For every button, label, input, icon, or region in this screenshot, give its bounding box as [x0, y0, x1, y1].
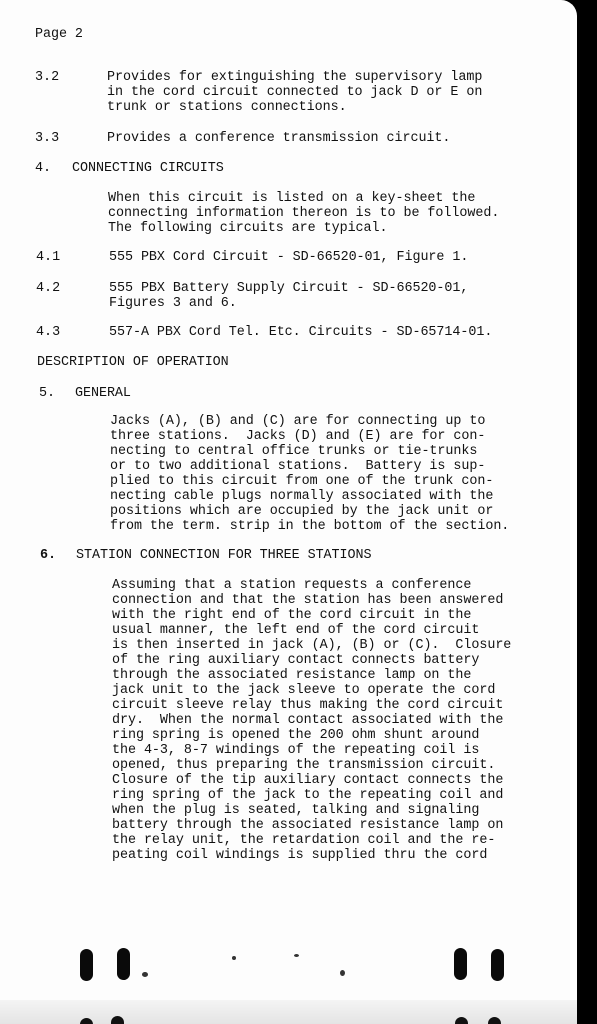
paragraph-line: or to two additional stations. Battery i…: [110, 459, 485, 474]
document-page: Page 2 3.2 Provides for extinguishing th…: [0, 0, 577, 1024]
paragraph-line: connection and that the station has been…: [112, 593, 503, 608]
paragraph-line: positions which are occupied by the jack…: [110, 504, 493, 519]
paragraph-line: The following circuits are typical.: [108, 221, 388, 236]
section-text-line: Provides for extinguishing the superviso…: [107, 70, 482, 85]
paragraph-line: plied to this circuit from one of the tr…: [110, 474, 493, 489]
section-heading: CONNECTING CIRCUITS: [72, 161, 224, 176]
paragraph-line: the relay unit, the retardation coil and…: [112, 833, 495, 848]
paragraph-line: dry. When the normal contact associated …: [112, 713, 503, 728]
paragraph-line: through the associated resistance lamp o…: [112, 668, 471, 683]
section-heading: STATION CONNECTION FOR THREE STATIONS: [76, 548, 371, 563]
section-number: 5.: [39, 386, 55, 401]
paragraph-line: Assuming that a station requests a confe…: [112, 578, 471, 593]
paragraph-line: three stations. Jacks (D) and (E) are fo…: [110, 429, 485, 444]
scan-speck: [294, 954, 299, 957]
paragraph-line: of the ring auxiliary contact connects b…: [112, 653, 479, 668]
paragraph-line: Closure of the tip auxiliary contact con…: [112, 773, 503, 788]
section-number: 6.: [40, 548, 56, 563]
section-text-line: in the cord circuit connected to jack D …: [107, 85, 482, 100]
paragraph-line: ring spring of the jack to the repeating…: [112, 788, 503, 803]
paragraph-line: ring spring is opened the 200 ohm shunt …: [112, 728, 479, 743]
scan-speck: [340, 970, 345, 976]
section-text-line: trunk or stations connections.: [107, 100, 347, 115]
section-text-line: 555 PBX Cord Circuit - SD-66520-01, Figu…: [109, 250, 468, 265]
section-text-line: Figures 3 and 6.: [109, 296, 237, 311]
section-number: 4.1: [36, 250, 60, 265]
punch-hole: [455, 1017, 468, 1024]
paragraph-line: When this circuit is listed on a key-she…: [108, 191, 475, 206]
paragraph-line: is then inserted in jack (A), (B) or (C)…: [112, 638, 511, 653]
section-number: 3.3: [35, 131, 59, 146]
paragraph-line: connecting information thereon is to be …: [108, 206, 499, 221]
paragraph-line: peating coil windings is supplied thru t…: [112, 848, 487, 863]
section-number: 4.2: [36, 281, 60, 296]
section-text-line: 555 PBX Battery Supply Circuit - SD-6652…: [109, 281, 468, 296]
punch-hole: [491, 949, 504, 981]
paragraph-line: the 4-3, 8-7 windings of the repeating c…: [112, 743, 479, 758]
paragraph-line: with the right end of the cord circuit i…: [112, 608, 471, 623]
punch-hole: [80, 949, 93, 981]
punch-hole: [488, 1017, 501, 1024]
punch-hole: [111, 1016, 124, 1024]
scan-speck: [142, 972, 148, 977]
section-number: 4.3: [36, 325, 60, 340]
punch-hole: [117, 948, 130, 980]
paragraph-line: necting cable plugs normally associated …: [110, 489, 493, 504]
page-header: Page 2: [35, 27, 83, 42]
section-number: 3.2: [35, 70, 59, 85]
paragraph-line: when the plug is seated, talking and sig…: [112, 803, 479, 818]
paragraph-line: jack unit to the jack sleeve to operate …: [112, 683, 495, 698]
section-text-line: Provides a conference transmission circu…: [107, 131, 450, 146]
paragraph-line: opened, thus preparing the transmission …: [112, 758, 495, 773]
punch-hole: [454, 948, 467, 980]
section-number: 4.: [35, 161, 51, 176]
section-heading: GENERAL: [75, 386, 131, 401]
paragraph-line: necting to central office trunks or tie-…: [110, 444, 477, 459]
punch-hole: [80, 1018, 93, 1024]
paragraph-line: usual manner, the left end of the cord c…: [112, 623, 479, 638]
paragraph-line: from the term. strip in the bottom of th…: [110, 519, 509, 534]
paragraph-line: Jacks (A), (B) and (C) are for connectin…: [110, 414, 485, 429]
section-text-line: 557-A PBX Cord Tel. Etc. Circuits - SD-6…: [109, 325, 492, 340]
scan-speck: [232, 956, 236, 960]
paragraph-line: battery through the associated resistanc…: [112, 818, 503, 833]
major-heading: DESCRIPTION OF OPERATION: [37, 355, 229, 370]
paragraph-line: circuit sleeve relay thus making the cor…: [112, 698, 503, 713]
